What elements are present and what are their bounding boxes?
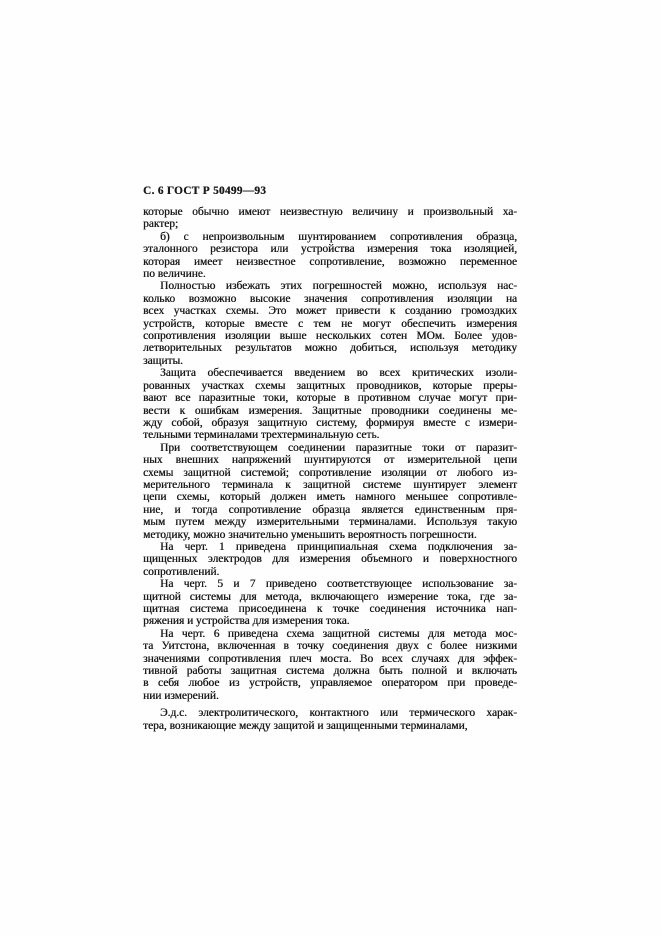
text-line: вают все паразитные токи, которые в прот… <box>143 392 517 404</box>
text-line: летворительных результатов можно добитьс… <box>143 342 517 354</box>
paragraph: На черт. 5 и 7 приведено соответствующее… <box>143 578 517 628</box>
paragraph: б) с непроизвольным шунтированием сопрот… <box>143 231 517 281</box>
page-header-running-title: С. 6 ГОСТ Р 50499—93 <box>143 185 266 197</box>
text-line: б) с непроизвольным шунтированием сопрот… <box>143 231 517 243</box>
text-line: нии измерений. <box>143 690 517 702</box>
text-line: сопротивлений. <box>143 566 517 578</box>
text-line: схемы защитной системой; сопротивление и… <box>143 467 517 479</box>
text-line: эталонного резистора или устройства изме… <box>143 243 517 255</box>
text-line: При соответствующем соединении паразитны… <box>143 442 517 454</box>
text-line: ние, и тогда сопротивление образца являе… <box>143 504 517 516</box>
text-line: тера, возникающие между защитой и защище… <box>143 720 517 732</box>
text-line: На черт. 5 и 7 приведено соответствующее… <box>143 578 517 590</box>
text-line: цепи схемы, который должен иметь намного… <box>143 491 517 503</box>
text-line: которые обычно имеют неизвестную величин… <box>143 206 517 218</box>
text-line: ряжения и устройства для измерения тока. <box>143 615 517 627</box>
text-line: тивной работы защитная система должна бы… <box>143 665 517 677</box>
document-page: С. 6 ГОСТ Р 50499—93 которые обычно имею… <box>0 0 661 935</box>
text-line: На черт. 6 приведена схема защитной сист… <box>143 628 517 640</box>
text-line: рактер; <box>143 218 517 230</box>
text-line: вести к ошибкам измерения. Защитные пров… <box>143 405 517 417</box>
text-line: жду собой, образуя защитную систему, фор… <box>143 417 517 429</box>
text-line: колько возможно высокие значения сопроти… <box>143 293 517 305</box>
text-line: щитная система присоединена к точке соед… <box>143 603 517 615</box>
text-line: щитной системы для метода, включающего и… <box>143 591 517 603</box>
text-line: та Уитстона, включенная в точку соединен… <box>143 640 517 652</box>
text-line: защиты. <box>143 355 517 367</box>
text-line: сопротивления изоляции выше нескольких с… <box>143 330 517 342</box>
text-line: ных внешних напряжений шунтируются от из… <box>143 454 517 466</box>
text-line: Полностью избежать этих погрешностей мож… <box>143 280 517 292</box>
paragraph: При соответствующем соединении паразитны… <box>143 442 517 541</box>
text-line: по величине. <box>143 268 517 280</box>
text-line: мерительного терминала к защитной систем… <box>143 479 517 491</box>
paragraph: Защита обеспечивается введением во всех … <box>143 367 517 441</box>
paragraph: На черт. 1 приведена принципиальная схем… <box>143 541 517 578</box>
text-line: методику, можно значительно уменьшить ве… <box>143 529 517 541</box>
text-line: в себя любое из устройств, управляемое о… <box>143 677 517 689</box>
text-line: тельными терминалами трехтерминальную се… <box>143 429 517 441</box>
text-line: которая имеет неизвестное сопротивление,… <box>143 256 517 268</box>
text-line: На черт. 1 приведена принципиальная схем… <box>143 541 517 553</box>
paragraph: На черт. 6 приведена схема защитной сист… <box>143 628 517 702</box>
text-line: рованных участках схемы защитных проводн… <box>143 380 517 392</box>
paragraph: которые обычно имеют неизвестную величин… <box>143 206 517 231</box>
text-line: значениями сопротивления плеч моста. Во … <box>143 653 517 665</box>
document-body-text: которые обычно имеют неизвестную величин… <box>143 206 517 732</box>
text-line: щищенных электродов для измерения объемн… <box>143 553 517 565</box>
paragraph: Полностью избежать этих погрешностей мож… <box>143 280 517 367</box>
text-line: устройств, которые вместе с тем не могут… <box>143 318 517 330</box>
text-line: Защита обеспечивается введением во всех … <box>143 367 517 379</box>
paragraph: Э.д.с. электролитического, контактного и… <box>143 707 517 732</box>
text-line: Э.д.с. электролитического, контактного и… <box>143 707 517 719</box>
text-line: всех участках схемы. Это может привести … <box>143 305 517 317</box>
text-line: мым путем между измерительными терминала… <box>143 516 517 528</box>
